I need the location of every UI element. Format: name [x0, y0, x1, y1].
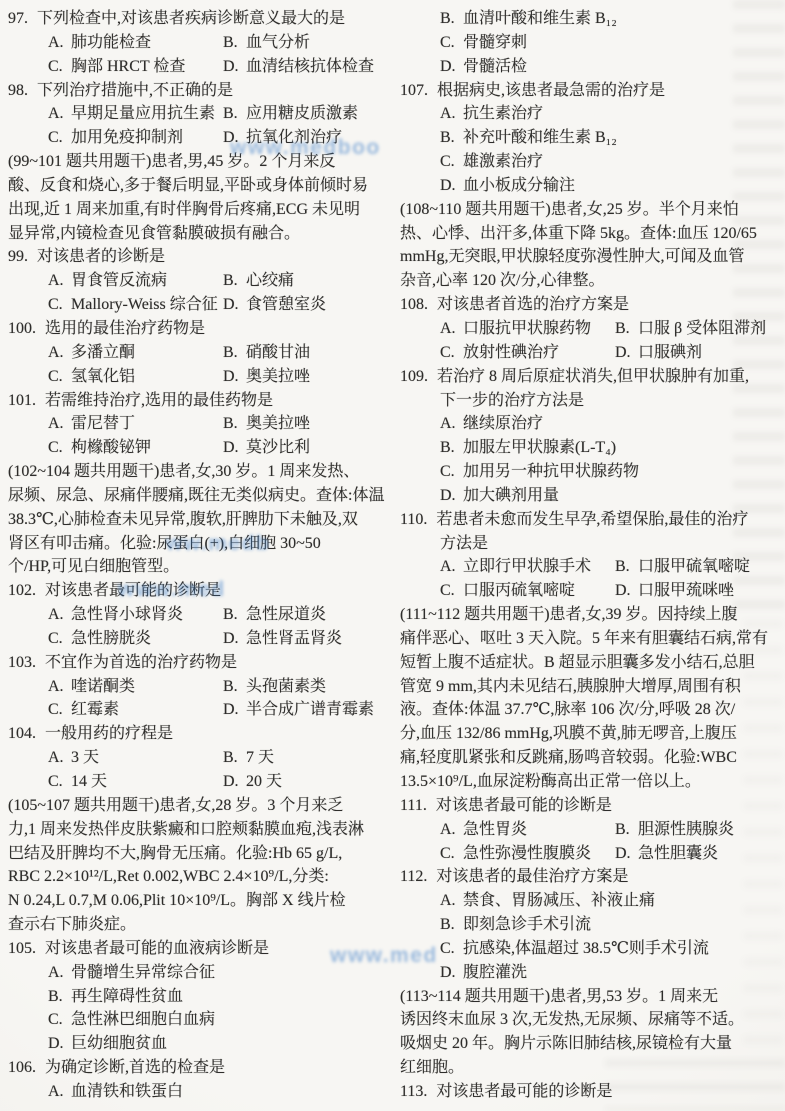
stem-line: 显异常,内镜检查见食管黏膜破损有融合。 — [8, 222, 396, 246]
stem-text: (102~104 题共用题干)患者,女,30 岁。1 周来发热、 — [8, 463, 359, 480]
option-line: A.肺功能检查B.血气分析 — [8, 31, 396, 55]
option-a: C.14 天 — [48, 770, 223, 794]
question-text: 若治疗 8 周后原症状消失,但甲状腺肿有加重, — [437, 368, 749, 385]
question-number: 112. — [400, 865, 427, 889]
option-label: D. — [440, 55, 463, 79]
option-label: D. — [48, 1032, 71, 1056]
option-label: A. — [48, 603, 71, 627]
option-label: A. — [48, 341, 71, 365]
stem-line: (99~101 题共用题干)患者,男,45 岁。2 个月来反 — [8, 150, 396, 174]
option-line: A.继续原治疗 — [400, 412, 785, 436]
option-text: 血清铁和铁蛋白 — [71, 1083, 183, 1100]
question-number: 104. — [8, 722, 36, 746]
option-text: 7 天 — [246, 749, 274, 766]
option-label: A. — [48, 31, 71, 55]
option-text: 血气分析 — [246, 34, 310, 51]
stem-text: 显异常,内镜检查见食管黏膜破损有融合。 — [8, 225, 300, 242]
option-line: A.立即行甲状腺手术B.口服甲硫氧嘧啶 — [400, 555, 785, 579]
option-line: C.加用免疫抑制剂D.抗氧化剂治疗 — [8, 126, 396, 150]
option-text: 口服甲巯咪唑 — [638, 582, 734, 599]
stem-text: 热、心悸、出汗多,体重下降 5kg。查体:血压 120/65 — [400, 225, 757, 242]
option-text: 急性弥漫性腹膜炎 — [463, 845, 591, 862]
option-text: 急性肾小球肾炎 — [71, 606, 183, 623]
question-text: 选用的最佳治疗药物是 — [45, 320, 205, 337]
option-label: D. — [223, 770, 246, 794]
question-number: 97. — [8, 7, 28, 31]
option-a: A.喹诺酮类 — [48, 675, 223, 699]
stem-line: 诱因终末血尿 3 次,无发热,无尿频、尿痛等不适。 — [400, 1008, 785, 1032]
option-line: B.血清叶酸和维生素 B₁₂ — [400, 7, 785, 31]
option-text: 口服抗甲状腺药物 — [463, 320, 591, 337]
option-label: D. — [223, 698, 246, 722]
stem-line: 肾区有叩击痛。化验:尿蛋白(+),白细胞 30~50 — [8, 532, 396, 556]
option-b: B.头孢菌素类 — [223, 678, 326, 695]
question-line-continued: 下一步的治疗方法是 — [400, 389, 785, 413]
option-text: 骨髓活检 — [463, 58, 527, 75]
option-a: B.再生障碍性贫血 — [48, 985, 223, 1009]
option-line: A.血清铁和铁蛋白 — [8, 1080, 396, 1104]
option-label: D. — [615, 341, 638, 365]
option-label: D. — [440, 174, 463, 198]
stem-text: 诱因终末血尿 3 次,无发热,无尿频、尿痛等不适。 — [400, 1011, 744, 1028]
stem-line: 力,1 周来发热伴皮肤紫癜和口腔颊黏膜血疱,浅表淋 — [8, 818, 396, 842]
question-line: 112.对该患者的最佳治疗方案是 — [400, 865, 785, 889]
option-label: B. — [223, 341, 246, 365]
option-label: D. — [615, 842, 638, 866]
question-line: 108.对该患者首选的治疗方案是 — [400, 293, 785, 317]
option-label: C. — [48, 1008, 71, 1032]
option-line: A.早期足量应用抗生素B.应用糖皮质激素 — [8, 102, 396, 126]
stem-line: 吸烟史 20 年。胸片示陈旧肺结核,尿镜检有大量 — [400, 1032, 785, 1056]
option-text: 食管憩室炎 — [246, 296, 326, 313]
option-text: 急性膀胱炎 — [71, 630, 151, 647]
stem-line: mmHg,无突眼,甲状腺轻度弥漫性肿大,可闻及血管 — [400, 245, 785, 269]
option-a: C.放射性碘治疗 — [440, 341, 615, 365]
option-b: B.口服甲硫氧嘧啶 — [615, 558, 750, 575]
option-text: 20 天 — [246, 773, 282, 790]
option-text: 肺功能检查 — [71, 34, 151, 51]
option-text: 加用另一种抗甲状腺药物 — [463, 463, 639, 480]
option-line: D.巨幼细胞贫血 — [8, 1032, 396, 1056]
question-text: 对该患者最可能的诊断是 — [45, 582, 221, 599]
stem-line: 液。查体:体温 37.7℃,脉率 106 次/分,呼吸 28 次/ — [400, 698, 785, 722]
option-label: B. — [48, 985, 71, 1009]
option-b: B.急性尿道炎 — [223, 606, 326, 623]
option-a: C.急性弥漫性腹膜炎 — [440, 842, 615, 866]
question-line: 102.对该患者最可能的诊断是 — [8, 579, 396, 603]
option-label: C. — [440, 341, 463, 365]
option-text: 立即行甲状腺手术 — [463, 558, 591, 575]
option-line: D.腹腔灌洗 — [400, 961, 785, 985]
option-label: C. — [48, 293, 71, 317]
option-line: C.口服丙硫氧嘧啶D.口服甲巯咪唑 — [400, 579, 785, 603]
option-a: A.口服抗甲状腺药物 — [440, 317, 615, 341]
option-b: D.急性肾盂肾炎 — [223, 630, 342, 647]
option-text: 半合成广谱青霉素 — [246, 701, 374, 718]
stem-text: 肾区有叩击痛。化验:尿蛋白(+),白细胞 30~50 — [8, 535, 321, 552]
option-line: C.14 天D.20 天 — [8, 770, 396, 794]
option-b: B.7 天 — [223, 749, 274, 766]
option-label: C. — [48, 436, 71, 460]
option-label: B. — [440, 436, 463, 460]
option-b: D.急性胆囊炎 — [615, 845, 718, 862]
stem-line: (108~110 题共用题干)患者,女,25 岁。半个月来怕 — [400, 198, 785, 222]
question-line: 97.下列检查中,对该患者疾病诊断意义最大的是 — [8, 7, 396, 31]
option-label: A. — [48, 675, 71, 699]
option-b: B.硝酸甘油 — [223, 344, 310, 361]
option-label: C. — [48, 770, 71, 794]
option-a: A.3 天 — [48, 746, 223, 770]
option-label: D. — [223, 126, 246, 150]
stem-text: 出现,近 1 周来加重,有时伴胸骨后疼痛,ECG 未见明 — [8, 201, 360, 218]
option-text: 即刻急诊手术引流 — [463, 916, 591, 933]
option-text: 急性尿道炎 — [246, 606, 326, 623]
option-label: C. — [48, 627, 71, 651]
option-label: A. — [48, 1080, 71, 1104]
left-column: 97.下列检查中,对该患者疾病诊断意义最大的是A.肺功能检查B.血气分析C.胸部… — [8, 7, 396, 1104]
option-line: A.禁食、胃肠减压、补液止痛 — [400, 889, 785, 913]
stem-text: 分,血压 132/86 mmHg,巩膜不黄,肺无啰音,上腹压 — [400, 725, 737, 742]
option-a: A.多潘立酮 — [48, 341, 223, 365]
option-text: 雷尼替丁 — [71, 415, 135, 432]
option-b: B.奥美拉唑 — [223, 415, 310, 432]
question-number: 106. — [8, 1056, 36, 1080]
stem-line: 13.5×10⁹/L,血尿淀粉酶高出正常一倍以上。 — [400, 770, 785, 794]
option-line: C.氢氧化铝D.奥美拉唑 — [8, 365, 396, 389]
question-line: 110.若患者未愈而发生早孕,希望保胎,最佳的治疗 — [400, 508, 785, 532]
option-label: D. — [223, 627, 246, 651]
option-line: C.骨髓穿刺 — [400, 31, 785, 55]
question-text: 对该患者首选的治疗方案是 — [437, 296, 629, 313]
option-a: D.加大碘剂用量 — [440, 484, 615, 508]
question-text: 对该患者最可能的诊断是 — [436, 797, 612, 814]
question-line: 107.根据病史,该患者最急需的治疗是 — [400, 79, 785, 103]
stem-text: 巴结及肝脾均不大,胸骨无压痛。化验:Hb 65 g/L, — [8, 845, 342, 862]
option-b: D.莫沙比利 — [223, 439, 310, 456]
option-label: C. — [48, 126, 71, 150]
option-b: D.血清结核抗体检查 — [223, 58, 374, 75]
question-text: 若需维持治疗,选用的最佳药物是 — [45, 392, 273, 409]
option-label: D. — [440, 484, 463, 508]
question-text: 不宜作为首选的治疗药物是 — [45, 654, 237, 671]
option-b: D.食管憩室炎 — [223, 296, 326, 313]
question-text: 下列检查中,对该患者疾病诊断意义最大的是 — [37, 10, 345, 27]
question-number: 113. — [400, 1080, 427, 1104]
stem-line: (113~114 题共用题干)患者,男,53 岁。1 周来无 — [400, 985, 785, 1009]
option-line: C.雄激素治疗 — [400, 150, 785, 174]
option-a: A.继续原治疗 — [440, 412, 615, 436]
option-label: D. — [223, 365, 246, 389]
question-text: 对该患者最可能的血液病诊断是 — [45, 940, 269, 957]
option-line: C.Mallory-Weiss 综合征D.食管憩室炎 — [8, 293, 396, 317]
option-text: 加大碘剂用量 — [463, 487, 559, 504]
option-a: B.即刻急诊手术引流 — [440, 913, 615, 937]
option-text: 莫沙比利 — [246, 439, 310, 456]
option-text: 3 天 — [71, 749, 99, 766]
question-line: 104.一般用药的疗程是 — [8, 722, 396, 746]
question-text: 对该患者的最佳治疗方案是 — [436, 868, 628, 885]
option-text: 巨幼细胞贫血 — [71, 1035, 167, 1052]
option-text: 硝酸甘油 — [246, 344, 310, 361]
option-line: C.红霉素D.半合成广谱青霉素 — [8, 698, 396, 722]
option-b: D.半合成广谱青霉素 — [223, 701, 374, 718]
stem-line: (105~107 题共用题干)患者,女,28 岁。3 个月来乏 — [8, 794, 396, 818]
stem-text: 力,1 周来发热伴皮肤紫癜和口腔颊黏膜血疱,浅表淋 — [8, 821, 364, 838]
option-label: B. — [615, 818, 638, 842]
option-a: A.雷尼替丁 — [48, 412, 223, 436]
option-text: 多潘立酮 — [71, 344, 135, 361]
stem-text: mmHg,无突眼,甲状腺轻度弥漫性肿大,可闻及血管 — [400, 248, 744, 265]
option-a: C.雄激素治疗 — [440, 150, 615, 174]
option-a: C.加用另一种抗甲状腺药物 — [440, 460, 639, 484]
question-text: 方法是 — [440, 535, 488, 552]
option-line: A.急性肾小球肾炎B.急性尿道炎 — [8, 603, 396, 627]
option-text: 急性胃炎 — [463, 821, 527, 838]
option-text: 胆源性胰腺炎 — [638, 821, 734, 838]
option-a: C.红霉素 — [48, 698, 223, 722]
option-text: 应用糖皮质激素 — [246, 105, 358, 122]
option-label: B. — [223, 746, 246, 770]
option-label: B. — [440, 7, 463, 31]
question-number: 103. — [8, 651, 36, 675]
option-line: B.加服左甲状腺素(L-T₄) — [400, 436, 785, 460]
stem-line: RBC 2.2×10¹²/L,Ret 0.002,WBC 2.4×10⁹/L,分… — [8, 865, 396, 889]
option-a: A.早期足量应用抗生素 — [48, 102, 223, 126]
option-label: D. — [223, 293, 246, 317]
option-a: B.加服左甲状腺素(L-T₄) — [440, 436, 616, 460]
option-text: 加服左甲状腺素(L-T₄) — [463, 439, 616, 456]
option-b: D.口服甲巯咪唑 — [615, 582, 734, 599]
option-text: 氢氧化铝 — [71, 368, 135, 385]
option-text: Mallory-Weiss 综合征 — [71, 296, 218, 313]
stem-line: 巴结及肝脾均不大,胸骨无压痛。化验:Hb 65 g/L, — [8, 842, 396, 866]
stem-text: 酸、反食和烧心,多于餐后明显,平卧或身体前倾时易 — [8, 177, 368, 194]
question-line: 113.对该患者最可能的诊断是 — [400, 1080, 785, 1104]
option-a: D.骨髓活检 — [440, 55, 615, 79]
option-text: 雄激素治疗 — [463, 153, 543, 170]
stem-line: 管宽 9 mm,其内未见结石,胰腺肿大增厚,周围有积 — [400, 675, 785, 699]
option-text: 放射性碘治疗 — [463, 344, 559, 361]
option-text: 奥美拉唑 — [246, 415, 310, 432]
option-text: 枸橼酸铋钾 — [71, 439, 151, 456]
stem-text: 短暂上腹不适症状。B 超显示胆囊多发小结石,总胆 — [400, 654, 755, 671]
option-line: C.胸部 HRCT 检查D.血清结核抗体检查 — [8, 55, 396, 79]
scanned-exam-page: 97.下列检查中,对该患者疾病诊断意义最大的是A.肺功能检查B.血气分析C.胸部… — [0, 0, 785, 1111]
option-label: C. — [440, 31, 463, 55]
option-label: A. — [48, 746, 71, 770]
option-label: B. — [223, 603, 246, 627]
option-line: B.即刻急诊手术引流 — [400, 913, 785, 937]
option-text: 头孢菌素类 — [246, 678, 326, 695]
question-number: 111. — [400, 794, 427, 818]
option-text: 红霉素 — [71, 701, 119, 718]
option-a: C.急性膀胱炎 — [48, 627, 223, 651]
stem-text: 尿频、尿急、尿痛伴腰痛,既往无类似病史。查体:体温 — [8, 487, 384, 504]
option-label: C. — [440, 579, 463, 603]
option-text: 抗生素治疗 — [463, 105, 543, 122]
option-line: A.多潘立酮B.硝酸甘油 — [8, 341, 396, 365]
option-a: D.巨幼细胞贫血 — [48, 1032, 223, 1056]
stem-line: 杂音,心率 120 次/分,心律整。 — [400, 269, 785, 293]
option-text: 骨髓穿刺 — [463, 34, 527, 51]
question-number: 110. — [400, 508, 427, 532]
stem-text: N 0.24,L 0.7,M 0.06,Plit 10×10⁹/L。胸部 X 线… — [8, 892, 346, 909]
option-a: C.骨髓穿刺 — [440, 31, 615, 55]
option-b: B.口服 β 受体阻滞剂 — [615, 320, 766, 337]
option-a: D.血小板成分输注 — [440, 174, 615, 198]
option-line: C.加用另一种抗甲状腺药物 — [400, 460, 785, 484]
option-label: A. — [440, 102, 463, 126]
question-text: 根据病史,该患者最急需的治疗是 — [437, 82, 665, 99]
question-number: 98. — [8, 79, 28, 103]
option-text: 血小板成分输注 — [463, 177, 575, 194]
stem-line: N 0.24,L 0.7,M 0.06,Plit 10×10⁹/L。胸部 X 线… — [8, 889, 396, 913]
option-b: B.心绞痛 — [223, 272, 294, 289]
question-line: 105.对该患者最可能的血液病诊断是 — [8, 937, 396, 961]
question-number: 101. — [8, 389, 36, 413]
question-line: 100.选用的最佳治疗药物是 — [8, 317, 396, 341]
question-text: 若患者未愈而发生早孕,希望保胎,最佳的治疗 — [436, 511, 748, 528]
option-b: D.奥美拉唑 — [223, 368, 310, 385]
question-text: 一般用药的疗程是 — [45, 725, 173, 742]
question-line: 111.对该患者最可能的诊断是 — [400, 794, 785, 818]
option-text: 口服甲硫氧嘧啶 — [638, 558, 750, 575]
option-label: B. — [223, 102, 246, 126]
option-text: 抗氧化剂治疗 — [246, 129, 342, 146]
option-line: A.急性胃炎B.胆源性胰腺炎 — [400, 818, 785, 842]
stem-line: 热、心悸、出汗多,体重下降 5kg。查体:血压 120/65 — [400, 222, 785, 246]
option-label: A. — [440, 317, 463, 341]
option-text: 喹诺酮类 — [71, 678, 135, 695]
stem-text: 杂音,心率 120 次/分,心律整。 — [400, 272, 604, 289]
option-label: D. — [223, 436, 246, 460]
option-a: A.抗生素治疗 — [440, 102, 615, 126]
option-line: C.急性膀胱炎D.急性肾盂肾炎 — [8, 627, 396, 651]
option-text: 加用免疫抑制剂 — [71, 129, 183, 146]
option-a: A.立即行甲状腺手术 — [440, 555, 615, 579]
question-line: 106.为确定诊断,首选的检查是 — [8, 1056, 396, 1080]
option-a: A.血清铁和铁蛋白 — [48, 1080, 223, 1104]
question-number: 107. — [400, 79, 428, 103]
option-label: A. — [440, 818, 463, 842]
stem-line: (102~104 题共用题干)患者,女,30 岁。1 周来发热、 — [8, 460, 396, 484]
stem-text: (113~114 题共用题干)患者,男,53 岁。1 周来无 — [400, 988, 718, 1005]
option-text: 口服碘剂 — [638, 344, 702, 361]
option-a: A.骨髓增生异常综合征 — [48, 961, 223, 985]
option-a: B.补充叶酸和维生素 B₁₂ — [440, 126, 617, 150]
option-a: C.枸橼酸铋钾 — [48, 436, 223, 460]
stem-line: 38.3℃,心肺检查未见异常,腹软,肝脾肋下未触及,双 — [8, 508, 396, 532]
option-label: B. — [223, 31, 246, 55]
option-label: C. — [440, 150, 463, 174]
question-text: 为确定诊断,首选的检查是 — [45, 1059, 225, 1076]
option-label: B. — [440, 913, 463, 937]
option-line: D.加大碘剂用量 — [400, 484, 785, 508]
stem-text: (105~107 题共用题干)患者,女,28 岁。3 个月来乏 — [8, 797, 343, 814]
stem-text: RBC 2.2×10¹²/L,Ret 0.002,WBC 2.4×10⁹/L,分… — [8, 868, 329, 885]
option-label: A. — [440, 412, 463, 436]
option-a: C.胸部 HRCT 检查 — [48, 55, 223, 79]
option-label: C. — [48, 698, 71, 722]
stem-line: 查示右下肺炎症。 — [8, 913, 396, 937]
question-line: 99.对该患者的诊断是 — [8, 245, 396, 269]
question-line: 98.下列治疗措施中,不正确的是 — [8, 79, 396, 103]
option-label: B. — [440, 126, 463, 150]
option-label: A. — [440, 555, 463, 579]
option-text: 14 天 — [71, 773, 107, 790]
option-a: C.Mallory-Weiss 综合征 — [48, 293, 223, 317]
stem-line: 尿频、尿急、尿痛伴腰痛,既往无类似病史。查体:体温 — [8, 484, 396, 508]
option-text: 胸部 HRCT 检查 — [71, 58, 185, 75]
option-line: A.3 天B.7 天 — [8, 746, 396, 770]
option-line: C.枸橼酸铋钾D.莫沙比利 — [8, 436, 396, 460]
stem-text: 查示右下肺炎症。 — [8, 916, 136, 933]
option-a: C.抗感染,体温超过 38.5℃则手术引流 — [440, 937, 709, 961]
option-label: A. — [48, 961, 71, 985]
option-b: D.抗氧化剂治疗 — [223, 129, 342, 146]
option-label: D. — [440, 961, 463, 985]
stem-text: 38.3℃,心肺检查未见异常,腹软,肝脾肋下未触及,双 — [8, 511, 358, 528]
option-text: 血清结核抗体检查 — [246, 58, 374, 75]
question-line: 109.若治疗 8 周后原症状消失,但甲状腺肿有加重, — [400, 365, 785, 389]
option-text: 骨髓增生异常综合征 — [71, 964, 215, 981]
option-line: C.急性淋巴细胞白血病 — [8, 1008, 396, 1032]
option-label: D. — [615, 579, 638, 603]
stem-line: 个/HP,可见白细胞管型。 — [8, 555, 396, 579]
option-a: A.禁食、胃肠减压、补液止痛 — [440, 889, 655, 913]
question-number: 99. — [8, 245, 28, 269]
option-label: C. — [440, 937, 463, 961]
option-b: D.20 天 — [223, 773, 282, 790]
question-line: 101.若需维持治疗,选用的最佳药物是 — [8, 389, 396, 413]
question-line: 103.不宜作为首选的治疗药物是 — [8, 651, 396, 675]
option-label: A. — [48, 102, 71, 126]
stem-line: 出现,近 1 周来加重,有时伴胸骨后疼痛,ECG 未见明 — [8, 198, 396, 222]
question-text: 对该患者最可能的诊断是 — [436, 1083, 612, 1100]
stem-line: (111~112 题共用题干)患者,女,39 岁。因持续上腹 — [400, 603, 785, 627]
option-label: C. — [48, 365, 71, 389]
option-line: A.喹诺酮类B.头孢菌素类 — [8, 675, 396, 699]
option-line: C.抗感染,体温超过 38.5℃则手术引流 — [400, 937, 785, 961]
option-text: 禁食、胃肠减压、补液止痛 — [463, 892, 655, 909]
option-a: D.腹腔灌洗 — [440, 961, 615, 985]
stem-line: 红细胞。 — [400, 1056, 785, 1080]
option-text: 急性淋巴细胞白血病 — [71, 1011, 215, 1028]
option-line: C.急性弥漫性腹膜炎D.急性胆囊炎 — [400, 842, 785, 866]
option-line: A.抗生素治疗 — [400, 102, 785, 126]
stem-text: 痛,轻度肌紧张和反跳痛,肠鸣音较弱。化验:WBC — [400, 749, 737, 766]
option-line: A.雷尼替丁B.奥美拉唑 — [8, 412, 396, 436]
option-line: A.骨髓增生异常综合征 — [8, 961, 396, 985]
stem-text: 个/HP,可见白细胞管型。 — [8, 558, 179, 575]
option-line: D.血小板成分输注 — [400, 174, 785, 198]
stem-text: 吸烟史 20 年。胸片示陈旧肺结核,尿镜检有大量 — [400, 1035, 732, 1052]
stem-line: 短暂上腹不适症状。B 超显示胆囊多发小结石,总胆 — [400, 651, 785, 675]
question-number: 109. — [400, 365, 428, 389]
stem-text: 管宽 9 mm,其内未见结石,胰腺肿大增厚,周围有积 — [400, 678, 741, 695]
stem-line: 痛,轻度肌紧张和反跳痛,肠鸣音较弱。化验:WBC — [400, 746, 785, 770]
option-text: 血清叶酸和维生素 B₁₂ — [463, 10, 617, 27]
question-text: 下列治疗措施中,不正确的是 — [37, 82, 233, 99]
stem-text: 红细胞。 — [400, 1059, 464, 1076]
stem-text: (99~101 题共用题干)患者,男,45 岁。2 个月来反 — [8, 153, 335, 170]
question-number: 100. — [8, 317, 36, 341]
question-line-continued: 方法是 — [400, 532, 785, 556]
question-text: 下一步的治疗方法是 — [440, 392, 584, 409]
option-text: 心绞痛 — [246, 272, 294, 289]
option-label: C. — [440, 460, 463, 484]
option-text: 急性胆囊炎 — [638, 845, 718, 862]
